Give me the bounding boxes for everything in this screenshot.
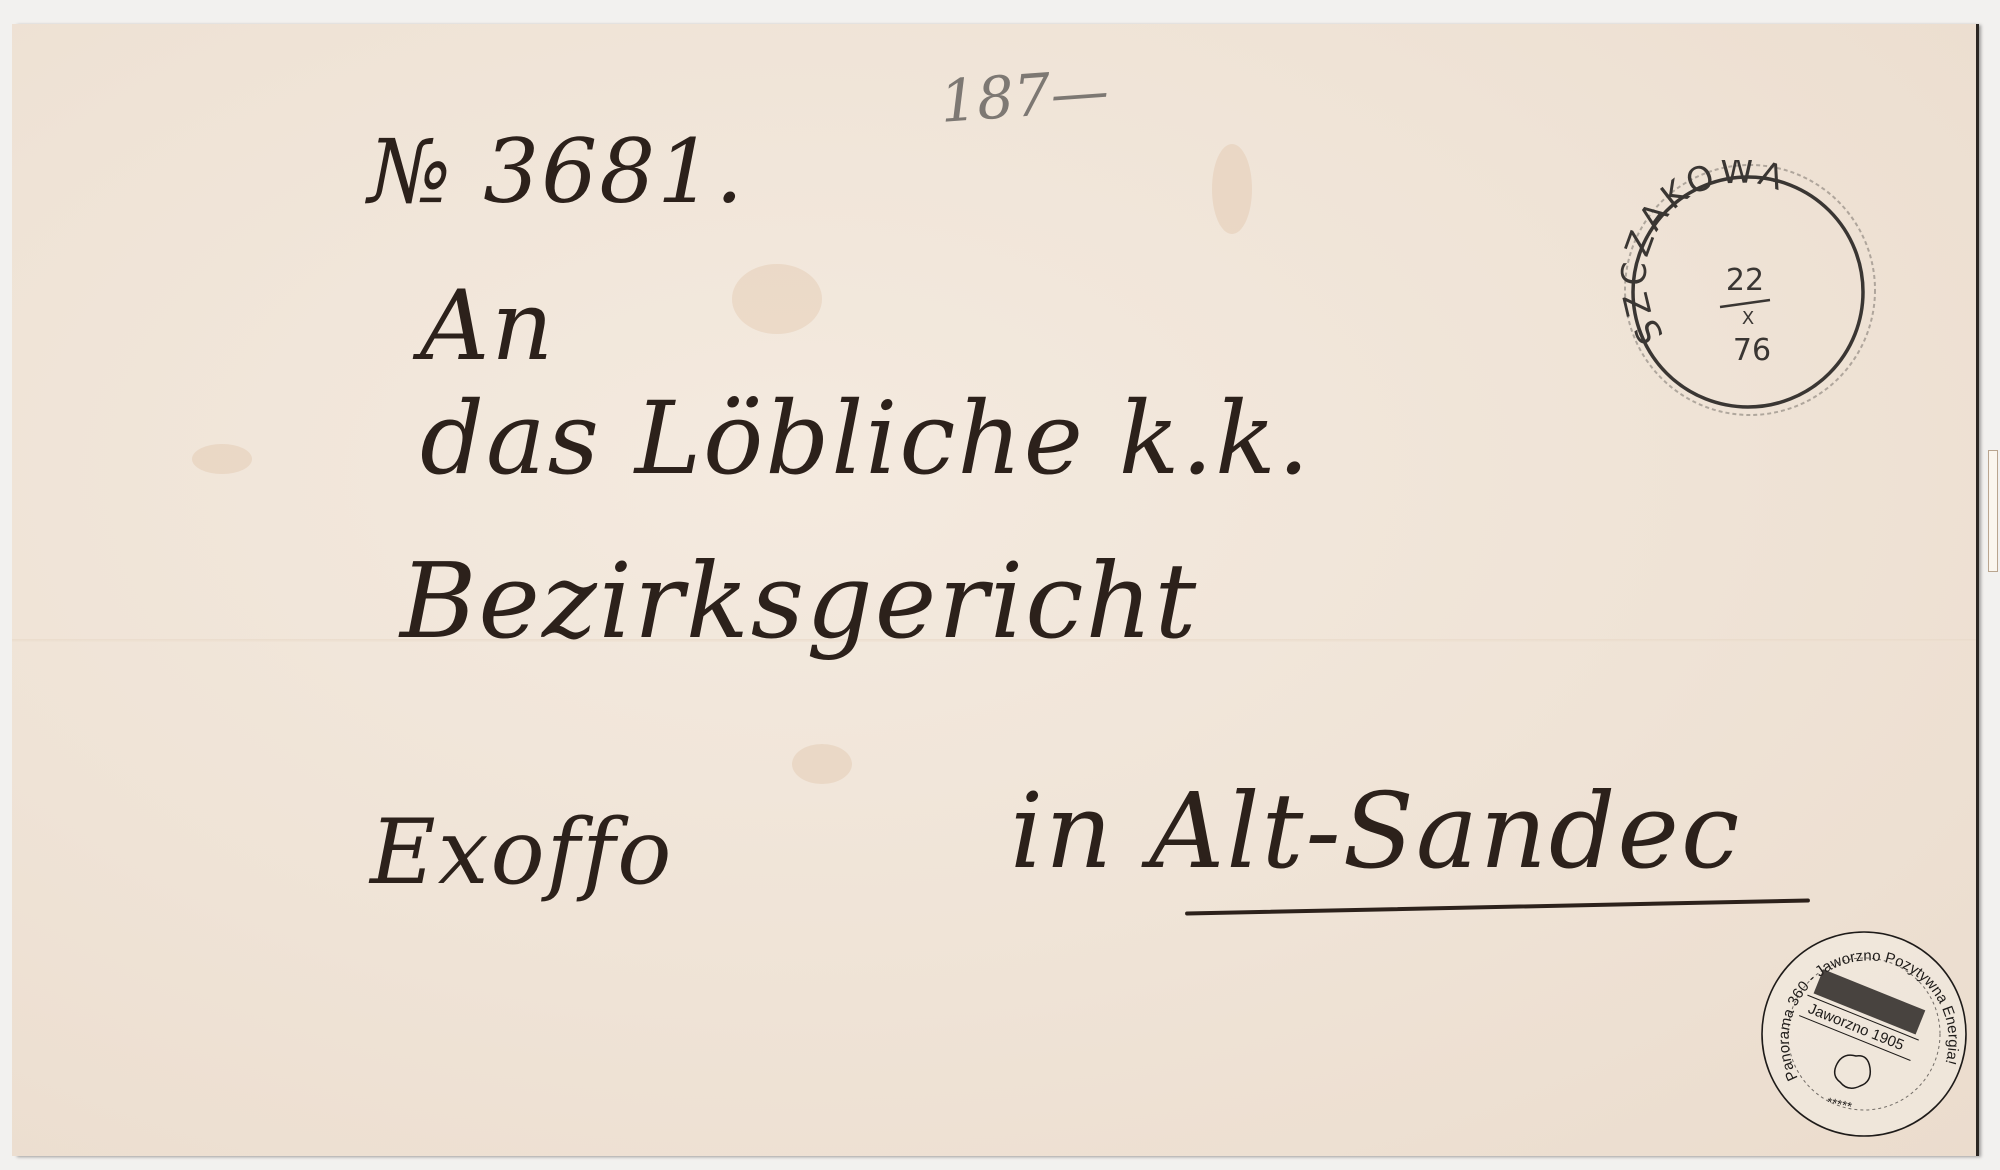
watermark-stamp-icon: Panorama 360 - Jaworzno Pozytywna Energi… bbox=[1758, 928, 1970, 1140]
paper-stain bbox=[1212, 144, 1252, 234]
paper-stain bbox=[192, 444, 252, 474]
address-line-an: An bbox=[420, 270, 555, 382]
postmark-year: 76 bbox=[1733, 333, 1771, 368]
postmark-circle-icon: SZCZAKOWA 22 X 76 bbox=[1620, 160, 1880, 420]
postmark-day: 22 bbox=[1726, 263, 1764, 298]
pencil-year-annotation: 187— bbox=[938, 56, 1111, 136]
destination-town: in Alt-Sandec bbox=[1010, 770, 1741, 892]
postal-note-exoffo: Exoffo bbox=[370, 800, 673, 905]
svg-text:SZCZAKOWA: SZCZAKOWA bbox=[1620, 160, 1792, 351]
paper-stain bbox=[732, 264, 822, 334]
address-line-recipient: das Löbliche k.k. bbox=[420, 380, 1311, 497]
postmark-month: X bbox=[1742, 308, 1754, 329]
reference-number: № 3681. bbox=[368, 120, 745, 223]
postmark-town: SZCZAKOWA bbox=[1620, 160, 1792, 351]
address-line-court: Bezirksgericht bbox=[400, 540, 1198, 662]
paper-stain bbox=[792, 744, 852, 784]
paper-edge-tab bbox=[1988, 450, 1998, 572]
